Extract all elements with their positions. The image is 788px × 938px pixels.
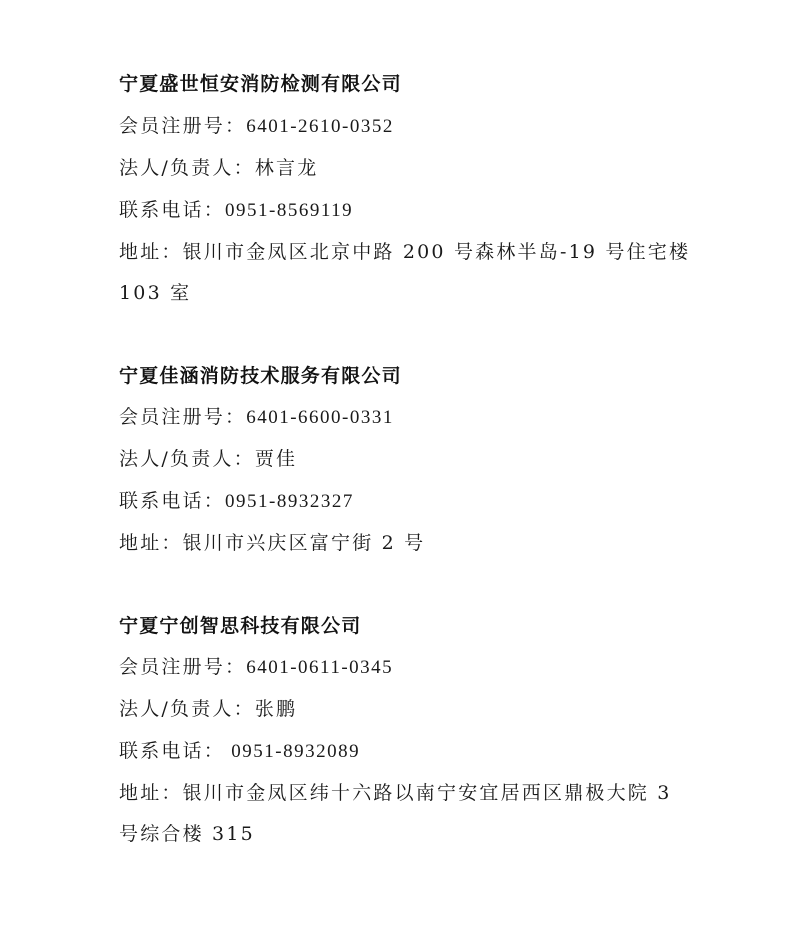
registration-line: 会员注册号：6401-0611-0345 [119, 655, 393, 680]
phone-label: 联系电话： [119, 740, 225, 762]
phone-line: 联系电话：0951-8932327 [119, 489, 354, 514]
registration-number: 6401-6600-0331 [246, 407, 394, 428]
address-text: 银川市金凤区北京中路 200 号森林半岛-19 号住宅楼 [183, 241, 691, 263]
phone-line: 联系电话： 0951-8932089 [119, 739, 360, 764]
legal-rep-label: 法人/负责人： [119, 157, 255, 179]
legal-rep-line: 法人/负责人：贾佳 [119, 447, 297, 471]
legal-rep-name: 林言龙 [255, 157, 319, 179]
address-label: 地址： [119, 532, 183, 554]
phone-label: 联系电话： [119, 490, 225, 512]
legal-rep-label: 法人/负责人： [119, 448, 255, 470]
registration-number: 6401-2610-0352 [246, 116, 394, 137]
address-line-continued: 103 室 [119, 281, 191, 305]
phone-number: 0951-8932089 [225, 741, 360, 762]
legal-rep-line: 法人/负责人：张鹏 [119, 697, 297, 721]
address-line: 地址：银川市兴庆区富宁街 2 号 [119, 531, 425, 555]
address-label: 地址： [119, 241, 183, 263]
legal-rep-line: 法人/负责人：林言龙 [119, 156, 318, 180]
address-text: 银川市金凤区纬十六路以南宁安宜居西区鼎极大院 3 [183, 782, 672, 804]
registration-number: 6401-0611-0345 [246, 657, 393, 678]
phone-number: 0951-8569119 [225, 200, 353, 221]
address-text: 银川市兴庆区富宁街 2 号 [183, 532, 426, 554]
address-line: 地址：银川市金凤区纬十六路以南宁安宜居西区鼎极大院 3 [119, 781, 672, 805]
registration-label: 会员注册号： [119, 115, 246, 137]
registration-label: 会员注册号： [119, 406, 246, 428]
legal-rep-name: 张鹏 [255, 698, 297, 720]
legal-rep-label: 法人/负责人： [119, 698, 255, 720]
registration-line: 会员注册号：6401-2610-0352 [119, 114, 394, 139]
phone-number: 0951-8932327 [225, 491, 354, 512]
legal-rep-name: 贾佳 [255, 448, 297, 470]
address-label: 地址： [119, 782, 183, 804]
company-name: 宁夏盛世恒安消防检测有限公司 [119, 72, 402, 96]
registration-line: 会员注册号：6401-6600-0331 [119, 405, 394, 430]
phone-label: 联系电话： [119, 199, 225, 221]
address-line-continued: 号综合楼 315 [119, 822, 255, 846]
company-name: 宁夏佳涵消防技术服务有限公司 [119, 364, 402, 388]
company-name: 宁夏宁创智思科技有限公司 [119, 614, 361, 638]
registration-label: 会员注册号： [119, 656, 246, 678]
address-line: 地址：银川市金凤区北京中路 200 号森林半岛-19 号住宅楼 [119, 240, 690, 264]
phone-line: 联系电话：0951-8569119 [119, 198, 353, 223]
